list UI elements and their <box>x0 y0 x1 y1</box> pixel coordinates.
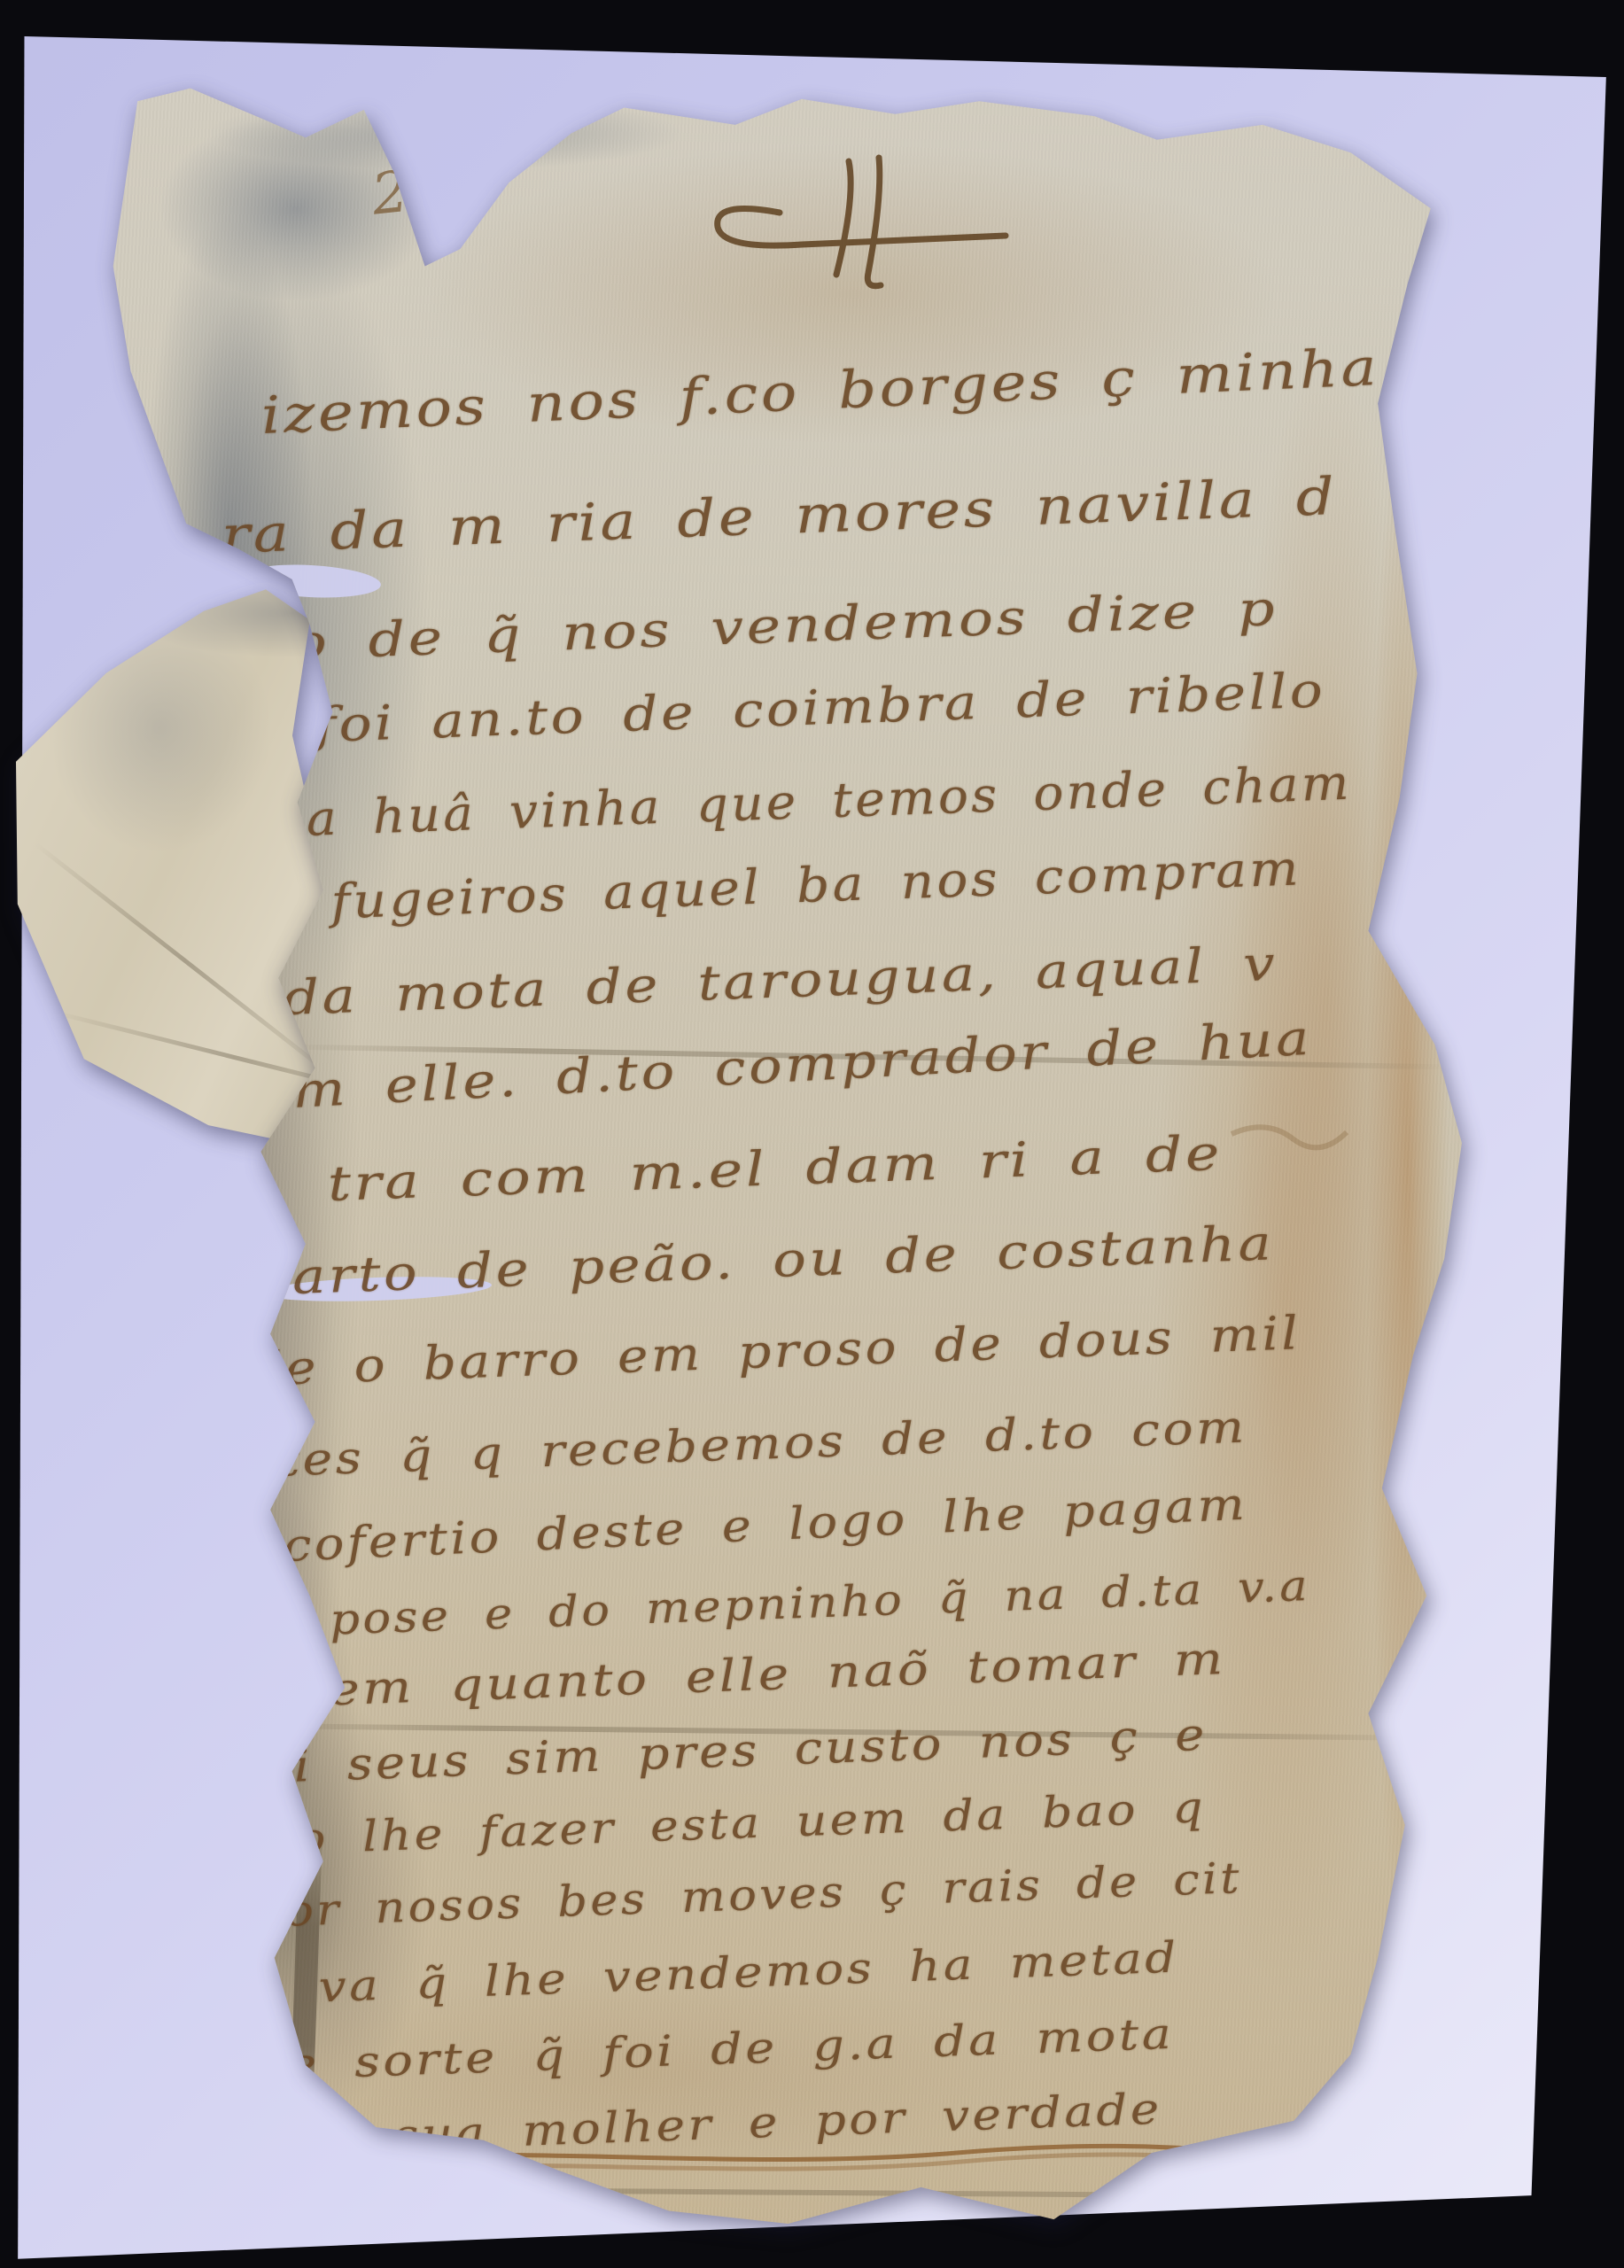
tear-gap <box>238 562 382 601</box>
fold-crease <box>301 2186 1347 2199</box>
manuscript-line: a foi an.to de coimbra de ribello <box>243 666 1326 752</box>
photo-frame: 2ª izemos nos f.co borges ç minha ra da … <box>0 0 1624 2268</box>
corner-mark: 2ª <box>369 160 441 224</box>
manuscript-line: tra com m.el dam ri a de <box>327 1130 1224 1208</box>
manuscript-line: ç em quanto elle naõ tomar m <box>260 1636 1226 1714</box>
manuscript-wrapper: 2ª izemos nos f.co borges ç minha ra da … <box>0 0 1624 2268</box>
manuscript-line: iha huâ vinha que temos onde cham <box>252 759 1352 845</box>
manuscript-line: cofertio deste e logo lhe pagam <box>283 1482 1248 1568</box>
manuscript-line: m elle. d.to comprador de hua <box>291 1014 1313 1115</box>
manuscript-line: o lhe fazer esta uem da bao q <box>296 1786 1207 1860</box>
manuscript-line: izemos nos f.co borges ç minha <box>260 341 1380 441</box>
manuscript-line: le o barro em proso de dous mil <box>265 1310 1302 1393</box>
manuscript-line: arto de peão. ou de costanha <box>291 1219 1275 1301</box>
manuscript-line: el fugeiros aquel ba nos compram <box>243 844 1302 929</box>
manuscript-line: de sorte q̃ foi de g.a da mota <box>252 2013 1175 2087</box>
manuscript-line: to de q̃ nos vendemos dize p <box>265 585 1278 668</box>
manuscript-line: ra da m ria de mores navilla d <box>221 470 1338 561</box>
manuscript-line: e va q̃ lhe vendemos ha metad <box>252 1936 1179 2010</box>
manuscript-line: ntes q̃ q recebemos de d.to com <box>243 1404 1247 1484</box>
manuscript-line: da mota de tarougua, aqual v <box>283 940 1278 1022</box>
manuscript-page: 2ª izemos nos f.co borges ç minha ra da … <box>106 80 1462 2224</box>
manuscript-line: to pose e do mepninho q̃ na d.ta v.a <box>243 1565 1310 1644</box>
manuscript-line: por nosos bes moves ç rais de cit <box>252 1857 1242 1934</box>
manuscript-line: ade sua molher e por verdade <box>260 2088 1162 2162</box>
